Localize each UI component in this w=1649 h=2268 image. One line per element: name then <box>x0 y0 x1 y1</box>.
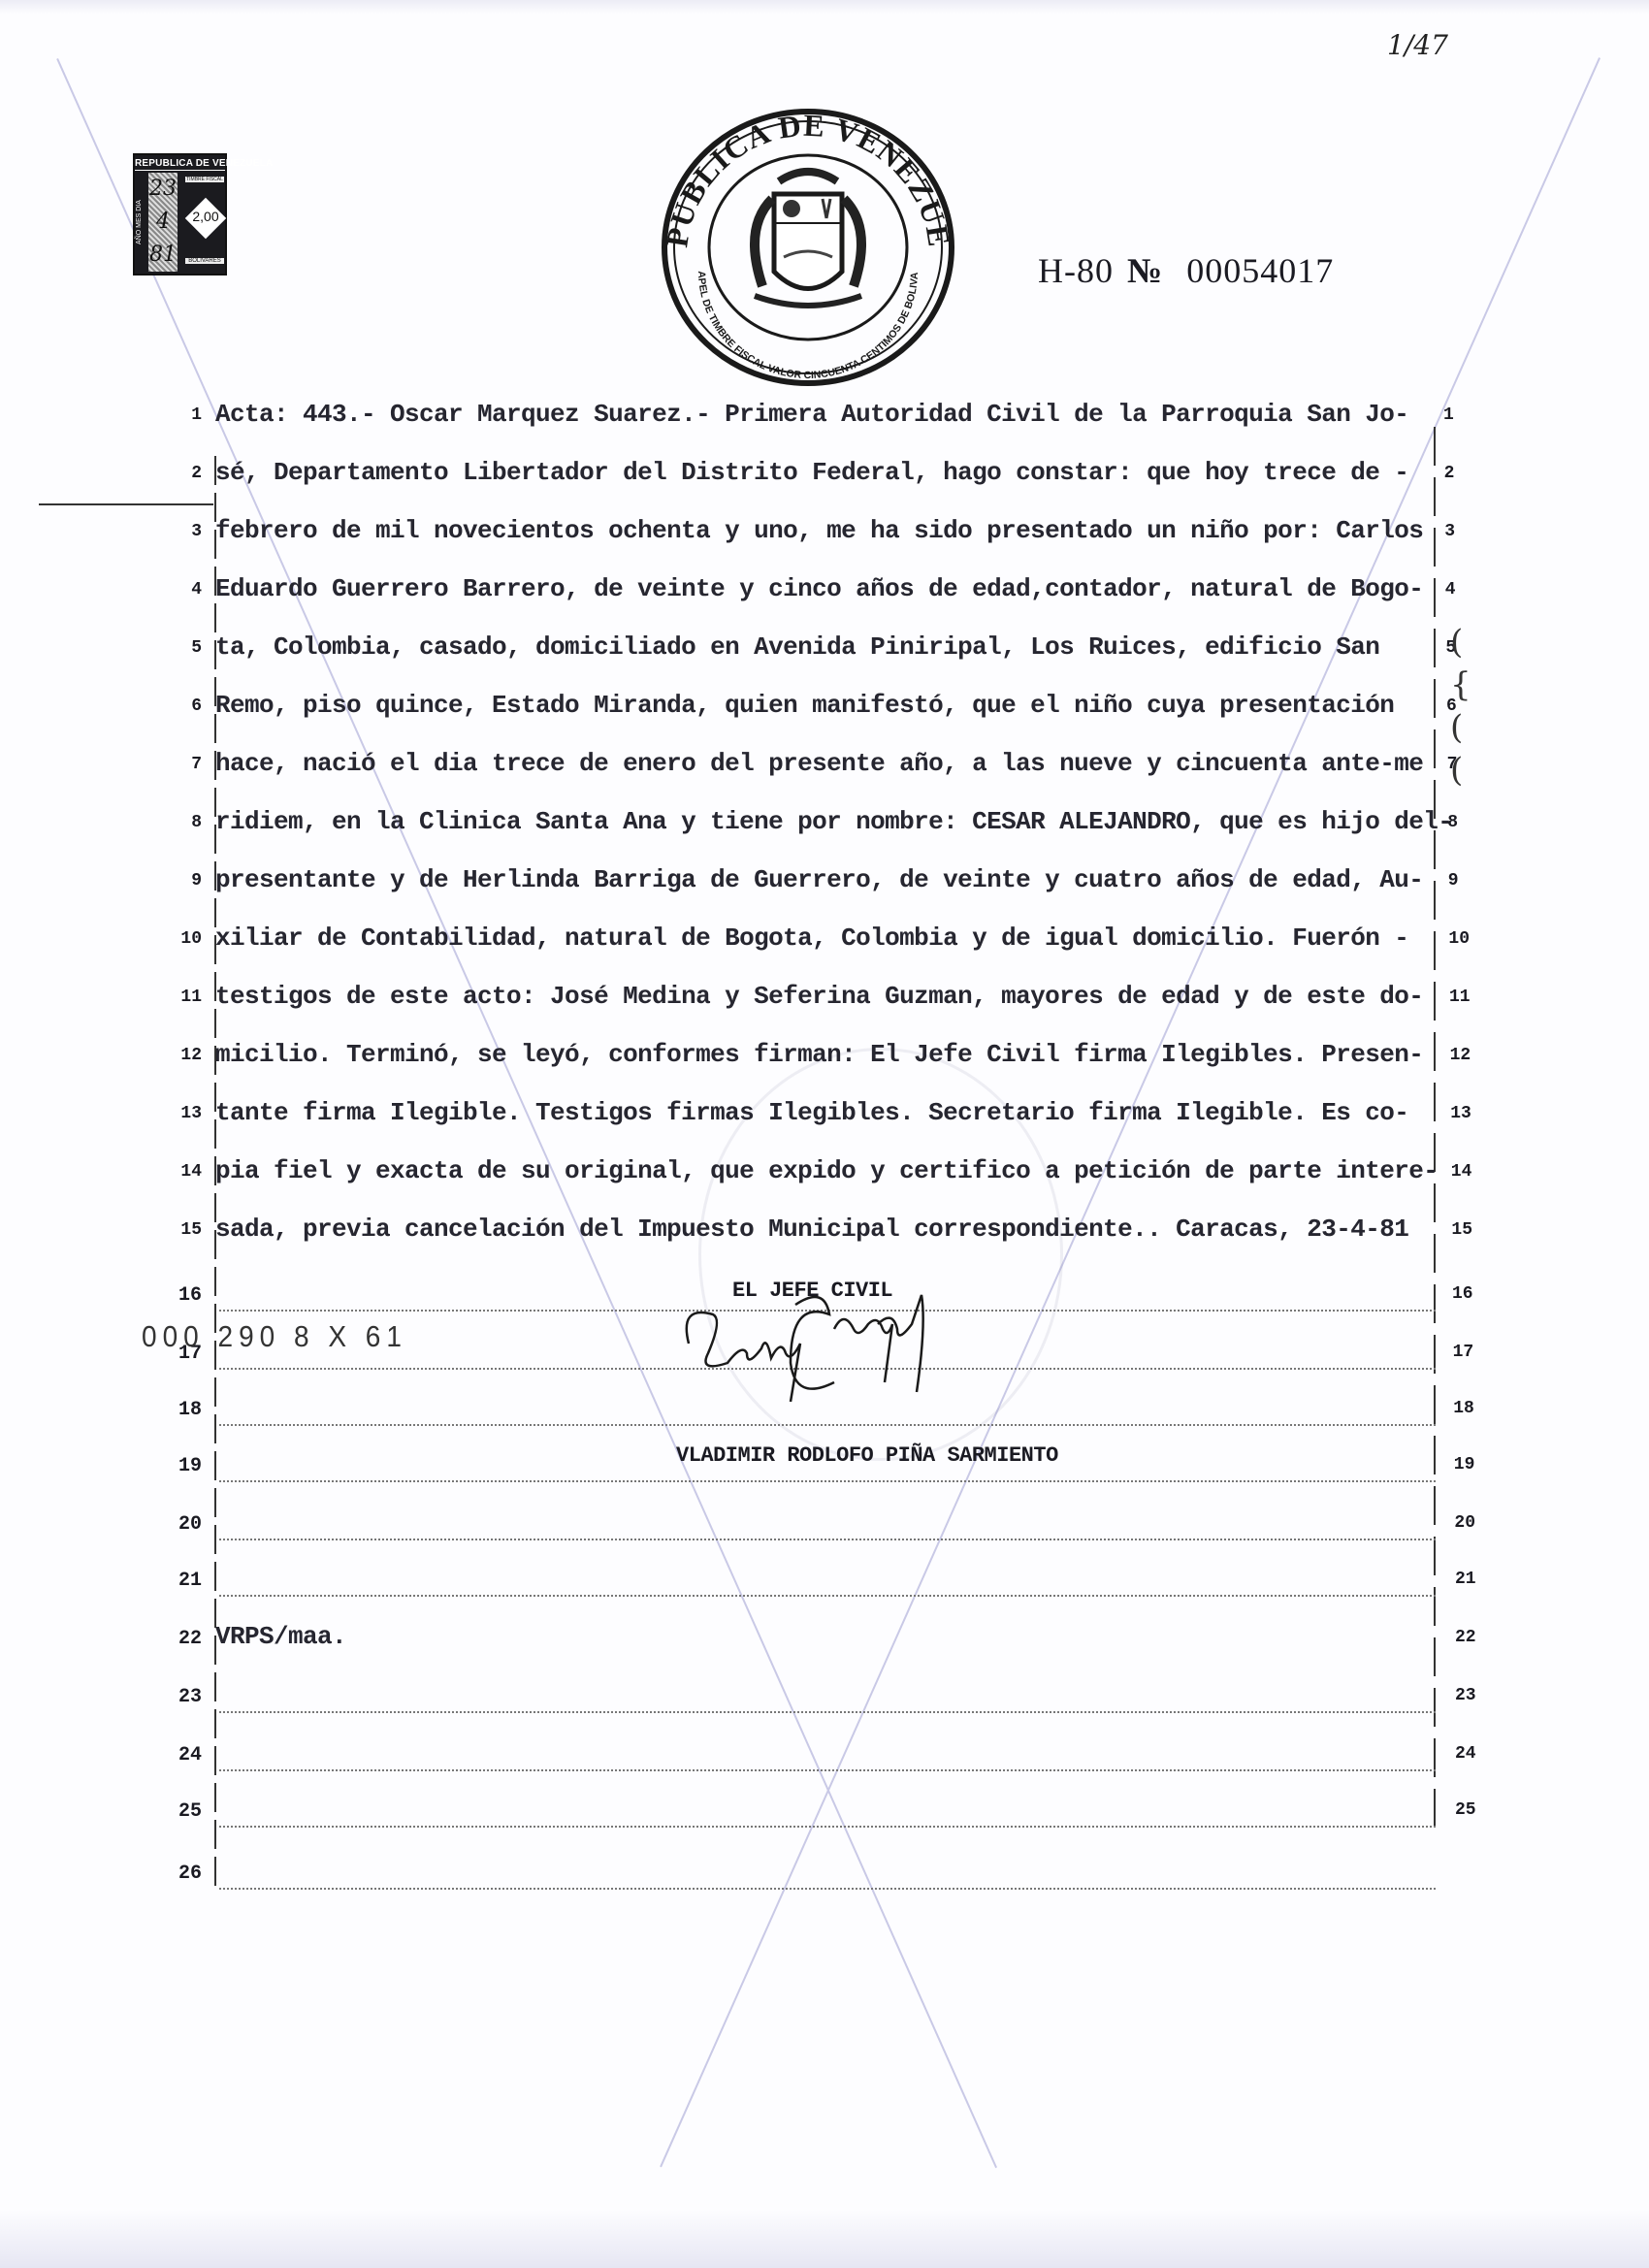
document-line: 2121 <box>0 1560 1649 1603</box>
right-line-number: 20 <box>1454 1513 1475 1533</box>
document-line: 2525 <box>0 1791 1649 1833</box>
stamp-subtitle: TIMBRE FISCAL <box>185 177 224 182</box>
line-text: testigos de este acto: José Medina y Sef… <box>215 982 1423 1011</box>
line-text: Eduardo Guerrero Barrero, de veinte y ci… <box>215 574 1423 603</box>
right-line-number: 22 <box>1455 1628 1476 1647</box>
serial-series: H-80 <box>1038 251 1114 290</box>
document-line: 2323 <box>0 1676 1649 1719</box>
stamp-month: 4 <box>148 206 178 239</box>
fiscal-stamp: REPUBLICA DE VENEZUELA AÑO MES DIA 23 4 … <box>133 153 227 275</box>
line-text: ridiem, en la Clinica Santa Ana y tiene … <box>215 807 1452 836</box>
scan-bottom-edge <box>0 2210 1649 2268</box>
blank-line-rule <box>219 1769 1436 1771</box>
document-line: 22VRPS/maa.22 <box>0 1618 1649 1661</box>
stamp-currency: BOLIVARES <box>185 258 224 264</box>
line-number: 20 <box>173 1513 202 1536</box>
line-number: 2 <box>173 464 202 483</box>
line-text: Acta: 443.- Oscar Marquez Suarez.- Prime… <box>215 400 1408 429</box>
document-line: 9presentante y de Herlinda Barriga de Gu… <box>0 861 1649 904</box>
margin-strike-line <box>39 503 213 505</box>
line-number: 14 <box>173 1162 202 1182</box>
stamp-country: REPUBLICA DE VENEZUELA <box>135 155 225 171</box>
official-name: VLADIMIR RODLOFO PIÑA SARMIENTO <box>676 1443 1058 1468</box>
stamp-year: 81 <box>148 239 178 272</box>
scan-top-edge <box>0 0 1649 14</box>
line-number: 22 <box>173 1628 202 1650</box>
document-line: 11testigos de este acto: José Medina y S… <box>0 978 1649 1021</box>
document-line: 2sé, Departamento Libertador del Distrit… <box>0 454 1649 497</box>
right-line-number: 4 <box>1445 580 1456 599</box>
document-line: 6Remo, piso quince, Estado Miranda, quie… <box>0 687 1649 729</box>
line-number: 1 <box>173 405 202 425</box>
blank-line-rule <box>219 1888 1436 1890</box>
blank-line-rule <box>219 1480 1436 1482</box>
document-line: 7hace, nació el dia trece de enero del p… <box>0 745 1649 788</box>
blank-line-rule <box>219 1595 1436 1597</box>
document-line: 8ridiem, en la Clinica Santa Ana y tiene… <box>0 803 1649 846</box>
right-line-number: 21 <box>1455 1570 1476 1589</box>
right-line-number: 1 <box>1443 405 1454 425</box>
right-line-number: 17 <box>1453 1343 1474 1362</box>
document-line: 3febrero de mil novecientos ochenta y un… <box>0 512 1649 555</box>
line-number: 5 <box>173 638 202 658</box>
blank-line-rule <box>219 1424 1436 1426</box>
right-line-number: 16 <box>1452 1284 1473 1304</box>
line-text: sé, Departamento Libertador del Distrito… <box>215 458 1408 487</box>
line-text: VRPS/maa. <box>215 1622 346 1651</box>
line-text: pia fiel y exacta de su original, que ex… <box>215 1156 1438 1185</box>
line-number: 26 <box>173 1863 202 1885</box>
line-text: febrero de mil novecientos ochenta y uno… <box>215 516 1423 545</box>
line-number: 12 <box>173 1046 202 1065</box>
right-line-number: 11 <box>1449 988 1471 1007</box>
line-number: 10 <box>173 929 202 949</box>
document-line: 12micilio. Terminó, se leyó, conformes f… <box>0 1036 1649 1079</box>
document-line: 15sada, previa cancelación del Impuesto … <box>0 1211 1649 1253</box>
number-sign: № <box>1127 251 1163 290</box>
line-number: 3 <box>173 522 202 541</box>
document-line: 2020 <box>0 1504 1649 1546</box>
line-number: 23 <box>173 1686 202 1708</box>
line-number: 18 <box>173 1399 202 1421</box>
stamp-value: 2,00 <box>182 209 229 224</box>
line-text: ta, Colombia, casado, domiciliado en Ave… <box>215 632 1379 662</box>
right-line-number: 8 <box>1447 813 1458 832</box>
right-line-number: 2 <box>1444 464 1455 483</box>
line-text: xiliar de Contabilidad, natural de Bogot… <box>215 923 1408 953</box>
line-number: 6 <box>173 697 202 716</box>
document-line: 1Acta: 443.- Oscar Marquez Suarez.- Prim… <box>0 396 1649 438</box>
line-text: hace, nació el dia trece de enero del pr… <box>215 749 1423 778</box>
line-number: 9 <box>173 871 202 891</box>
line-number: 19 <box>173 1455 202 1477</box>
document-line: 26 <box>0 1853 1649 1895</box>
margin-brackets: ({(( <box>1450 621 1471 792</box>
line-number: 21 <box>173 1570 202 1592</box>
right-line-number: 24 <box>1455 1744 1476 1764</box>
line-number: 13 <box>173 1104 202 1123</box>
blank-line-rule <box>219 1711 1436 1713</box>
stamp-side-label: AÑO MES DIA <box>136 177 147 269</box>
line-number: 7 <box>173 755 202 774</box>
line-text: micilio. Terminó, se leyó, conformes fir… <box>215 1040 1423 1069</box>
line-text: presentante y de Herlinda Barriga de Gue… <box>215 865 1423 894</box>
right-line-number: 3 <box>1444 522 1455 541</box>
national-seal-icon: REPUBLICA DE VENEZUELA PAPEL DE TIMBRE F… <box>648 102 968 393</box>
line-text: Remo, piso quince, Estado Miranda, quien… <box>215 691 1394 720</box>
right-line-number: 15 <box>1451 1220 1472 1240</box>
folio-number: 1/47 <box>1387 29 1448 61</box>
signature-icon <box>669 1285 1086 1402</box>
document-line: 14pia fiel y exacta de su original, que … <box>0 1152 1649 1195</box>
right-line-number: 25 <box>1455 1800 1476 1820</box>
stamp-code: 000 290 8 X 61 <box>142 1319 407 1353</box>
line-number: 25 <box>173 1800 202 1823</box>
document-line: 2424 <box>0 1734 1649 1777</box>
line-text: sada, previa cancelación del Impuesto Mu… <box>215 1215 1408 1244</box>
right-line-number: 10 <box>1448 929 1470 949</box>
line-text: tante firma Ilegible. Testigos firmas Il… <box>215 1098 1408 1127</box>
document-serial: H-80№00054017 <box>1038 250 1334 291</box>
document-line: 13tante firma Ilegible. Testigos firmas … <box>0 1094 1649 1137</box>
document-line: 4Eduardo Guerrero Barrero, de veinte y c… <box>0 570 1649 613</box>
stamp-day: 23 <box>148 173 178 206</box>
document-line: 5ta, Colombia, casado, domiciliado en Av… <box>0 629 1649 671</box>
serial-number: 00054017 <box>1186 251 1334 290</box>
right-line-number: 18 <box>1453 1399 1474 1418</box>
line-number: 24 <box>173 1744 202 1766</box>
right-line-number: 19 <box>1454 1455 1475 1474</box>
line-number: 8 <box>173 813 202 832</box>
stamp-date: 23 4 81 <box>148 173 178 272</box>
right-line-number: 9 <box>1448 871 1459 891</box>
right-line-number: 13 <box>1450 1104 1471 1123</box>
document-line: 10xiliar de Contabilidad, natural de Bog… <box>0 920 1649 962</box>
line-number: 16 <box>173 1284 202 1307</box>
line-number: 11 <box>173 988 202 1007</box>
blank-line-rule <box>219 1826 1436 1828</box>
line-number: 15 <box>173 1220 202 1240</box>
line-number: 4 <box>173 580 202 599</box>
right-line-number: 23 <box>1455 1686 1476 1705</box>
blank-line-rule <box>219 1539 1436 1540</box>
right-line-number: 12 <box>1450 1046 1471 1065</box>
right-line-number: 14 <box>1451 1162 1472 1182</box>
